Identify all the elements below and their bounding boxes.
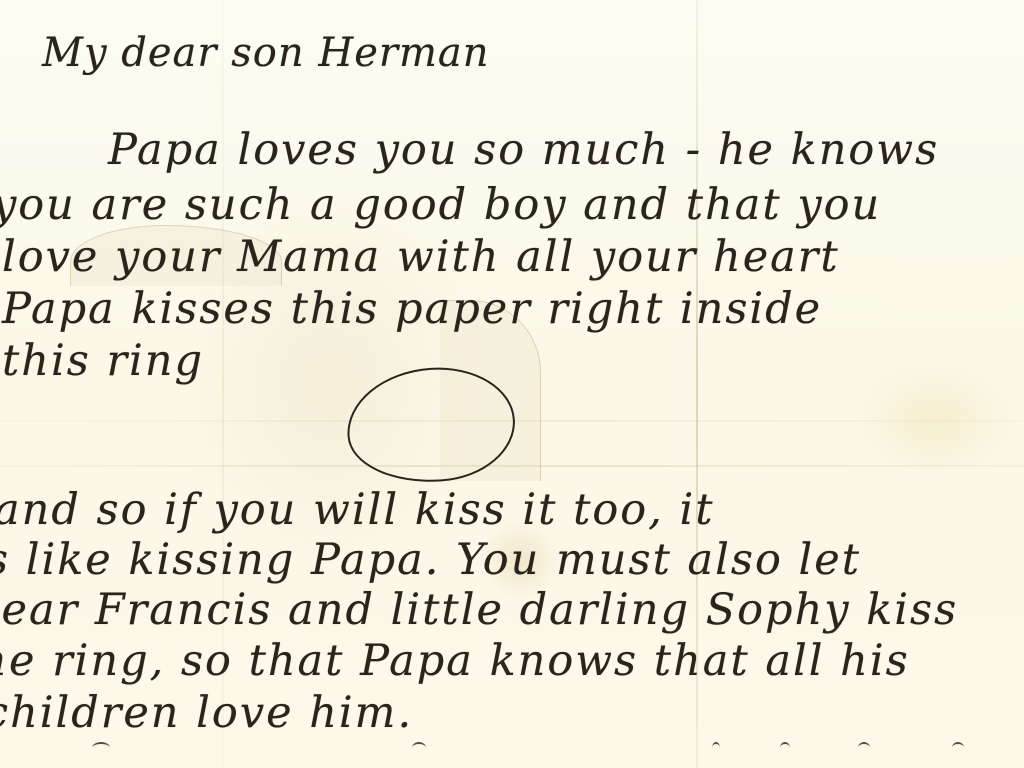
letter-line: love your Mama with all your heart (2, 232, 840, 282)
cropped-handwriting (92, 742, 110, 754)
cropped-handwriting (412, 742, 426, 754)
cropped-handwriting (780, 742, 790, 754)
letter-page: My dear son Herman Papa loves you so muc… (0, 0, 1024, 768)
letter-line: the ring, so that Papa knows that all hi… (0, 636, 910, 686)
letter-line: dear Francis and little darling Sophy ki… (0, 585, 958, 635)
letter-line: children love him. (0, 688, 413, 738)
letter-line: Papa loves you so much - he knows (108, 125, 939, 175)
cropped-handwriting (712, 742, 720, 754)
letter-line: Papa kisses this paper right inside (2, 284, 822, 334)
letter-line: you are such a good boy and that you (0, 180, 881, 230)
letter-line: and so if you will kiss it too, it (0, 485, 715, 535)
letter-line: s like kissing Papa. You must also let (0, 535, 861, 585)
letter-line: this ring (2, 336, 204, 386)
cropped-handwriting (858, 742, 870, 754)
letter-salutation: My dear son Herman (42, 30, 490, 76)
cropped-handwriting (952, 742, 964, 754)
